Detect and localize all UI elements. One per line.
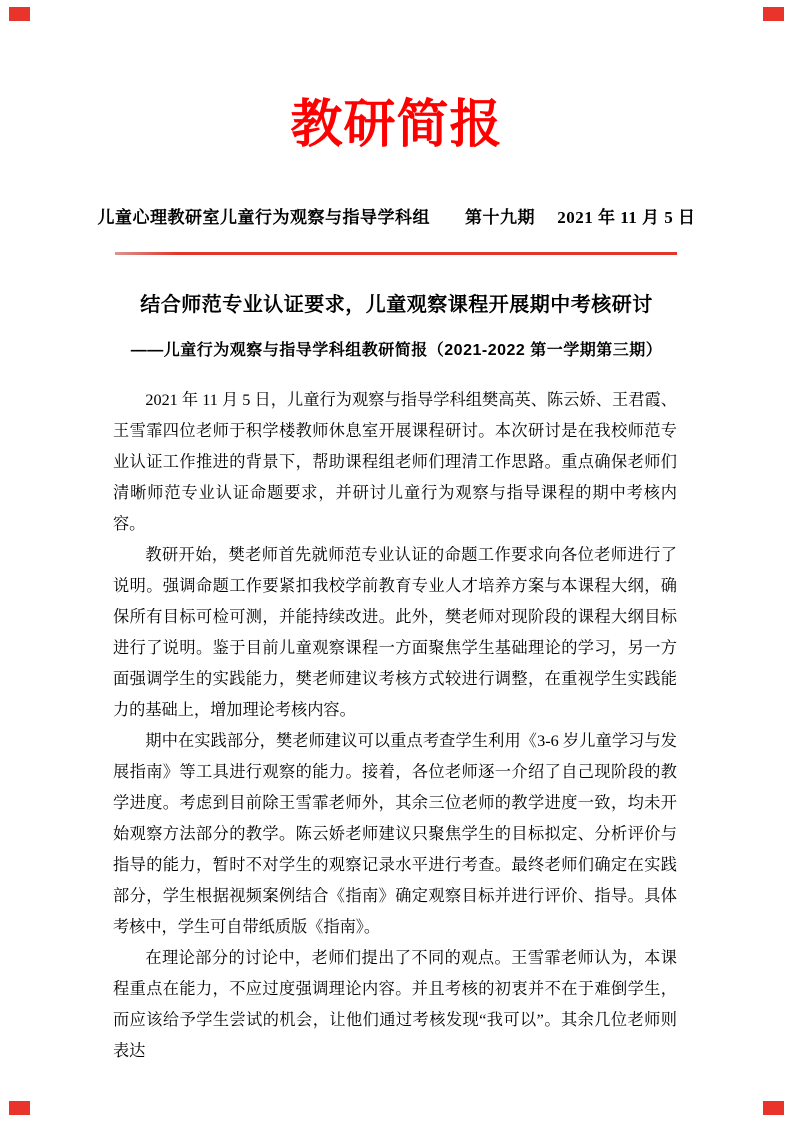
red-divider-line [115,252,677,255]
article-heading-line1: 结合师范专业认证要求，儿童观察课程开展期中考核研讨 [0,282,793,328]
body-paragraph: 期中在实践部分，樊老师建议可以重点考查学生利用《3-6 岁儿童学习与发展指南》等… [113,726,677,943]
corner-mark-top-right [763,7,784,21]
page-title: 教研简报 [0,94,793,158]
body-paragraph: 2021 年 11 月 5 日，儿童行为观察与指导学科组樊高英、陈云娇、王君霞、… [113,385,677,540]
body-paragraph: 在理论部分的讨论中，老师们提出了不同的观点。王雪霏老师认为，本课程重点在能力，不… [113,943,677,1067]
body-paragraph: 教研开始，樊老师首先就师范专业认证的命题工作要求向各位老师进行了说明。强调命题工… [113,540,677,726]
corner-mark-bottom-left [9,1101,30,1115]
corner-mark-bottom-right [763,1101,784,1115]
article-body: 2021 年 11 月 5 日，儿童行为观察与指导学科组樊高英、陈云娇、王君霞、… [113,385,677,1067]
corner-mark-top-left [9,7,30,21]
document-page: 教研简报 儿童心理教研室儿童行为观察与指导学科组 第十九期 2021 年 11 … [0,0,793,1122]
article-heading-line2: ——儿童行为观察与指导学科组教研简报（2021-2022 第一学期第三期） [0,328,793,374]
masthead-info-line: 儿童心理教研室儿童行为观察与指导学科组 第十九期 2021 年 11 月 5 日 [0,203,793,233]
article-heading: 结合师范专业认证要求，儿童观察课程开展期中考核研讨 ——儿童行为观察与指导学科组… [0,282,793,374]
